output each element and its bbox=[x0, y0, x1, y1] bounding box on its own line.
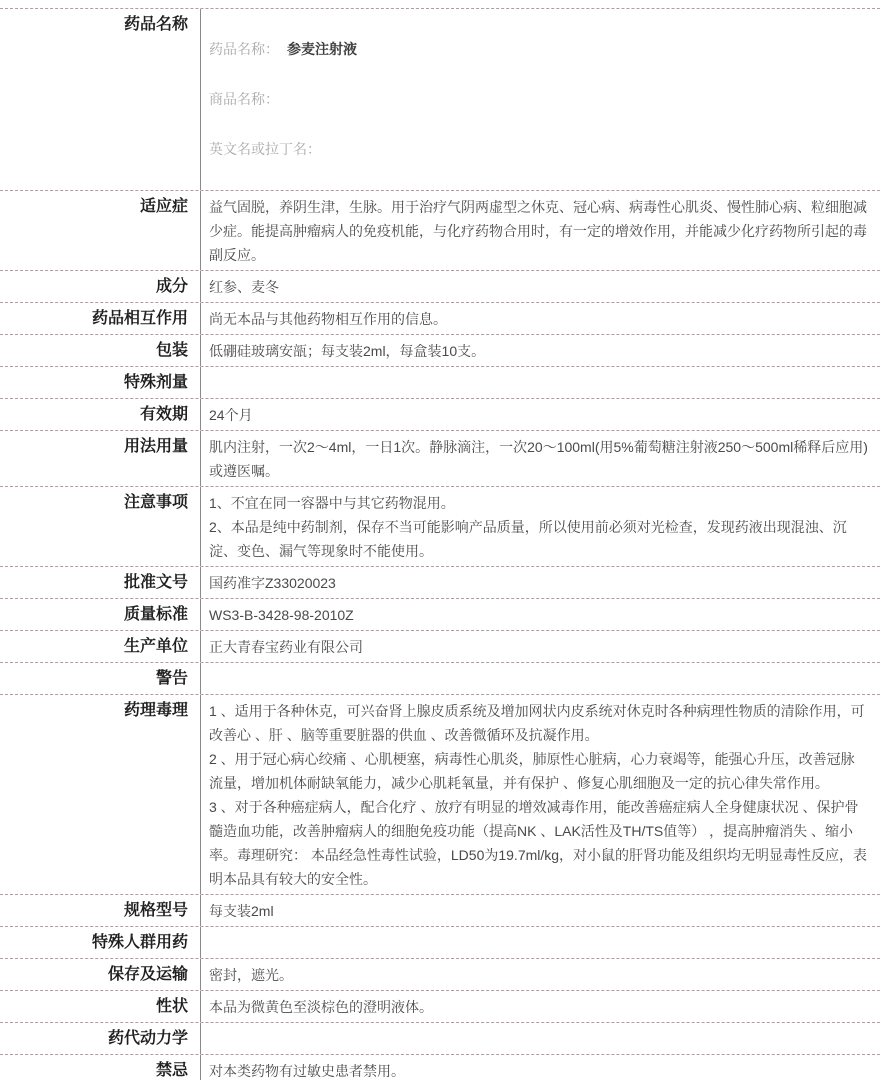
row-validity: 有效期 24个月 bbox=[0, 399, 880, 431]
row-warning: 警告 bbox=[0, 663, 880, 695]
row-label-warning: 警告 bbox=[0, 663, 200, 694]
row-label-pharmacology: 药理毒理 bbox=[0, 695, 200, 894]
row-label-special-dose: 特殊剂量 bbox=[0, 367, 200, 398]
row-label-validity: 有效期 bbox=[0, 399, 200, 430]
row-ingredients: 成分 红参、麦冬 bbox=[0, 271, 880, 303]
row-pharmacology: 药理毒理 1 、适用于各种休克，可兴奋肾上腺皮质系统及增加网状内皮系统对休克时各… bbox=[0, 695, 880, 895]
row-label-dosage: 用法用量 bbox=[0, 431, 200, 486]
row-label-pharmacokinetics: 药代动力学 bbox=[0, 1023, 200, 1054]
row-label-quality-standard: 质量标准 bbox=[0, 599, 200, 630]
row-value-pharmacokinetics bbox=[200, 1023, 880, 1054]
row-special-dose: 特殊剂量 bbox=[0, 367, 880, 399]
row-storage: 保存及运输 密封，遮光。 bbox=[0, 959, 880, 991]
drug-info-table: 药品名称 药品名称：参麦注射液 商品名称： 英文名或拉丁名： 适应症 益气固脱，… bbox=[0, 8, 880, 1080]
row-approval-no: 批准文号 国药准字Z33020023 bbox=[0, 567, 880, 599]
row-label-properties: 性状 bbox=[0, 991, 200, 1022]
row-quality-standard: 质量标准 WS3-B-3428-98-2010Z bbox=[0, 599, 880, 631]
english-name-field: 英文名或拉丁名： bbox=[209, 137, 868, 163]
row-label-contraindications: 禁忌 bbox=[0, 1055, 200, 1080]
row-label-manufacturer: 生产单位 bbox=[0, 631, 200, 662]
drug-name-value: 参麦注射液 bbox=[287, 43, 357, 58]
row-value-storage: 密封，遮光。 bbox=[200, 959, 880, 990]
row-drug-name: 药品名称 药品名称：参麦注射液 商品名称： 英文名或拉丁名： bbox=[0, 9, 880, 191]
drug-name-field: 药品名称：参麦注射液 bbox=[209, 37, 868, 63]
row-contraindications: 禁忌 对本类药物有过敏史患者禁用。 bbox=[0, 1055, 880, 1080]
row-value-spec-model: 每支装2ml bbox=[200, 895, 880, 926]
row-value-validity: 24个月 bbox=[200, 399, 880, 430]
row-manufacturer: 生产单位 正大青春宝药业有限公司 bbox=[0, 631, 880, 663]
row-value-warning bbox=[200, 663, 880, 694]
row-label-spec-model: 规格型号 bbox=[0, 895, 200, 926]
row-label-storage: 保存及运输 bbox=[0, 959, 200, 990]
row-precautions: 注意事项 1、不宜在同一容器中与其它药物混用。 2、本品是纯中药制剂，保存不当可… bbox=[0, 487, 880, 567]
row-value-ingredients: 红参、麦冬 bbox=[200, 271, 880, 302]
row-indications: 适应症 益气固脱，养阴生津，生脉。用于治疗气阴两虚型之休克、冠心病、病毒性心肌炎… bbox=[0, 191, 880, 271]
row-value-dosage: 肌内注射，一次2～4ml，一日1次。静脉滴注，一次20～100ml(用5%葡萄糖… bbox=[200, 431, 880, 486]
row-properties: 性状 本品为微黄色至淡棕色的澄明液体。 bbox=[0, 991, 880, 1023]
row-interactions: 药品相互作用 尚无本品与其他药物相互作用的信息。 bbox=[0, 303, 880, 335]
row-value-indications: 益气固脱，养阴生津，生脉。用于治疗气阴两虚型之休克、冠心病、病毒性心肌炎、慢性肺… bbox=[200, 191, 880, 270]
row-pharmacokinetics: 药代动力学 bbox=[0, 1023, 880, 1055]
row-label-indications: 适应症 bbox=[0, 191, 200, 270]
row-value-packaging: 低硼硅玻璃安瓿；每支装2ml，每盒装10支。 bbox=[200, 335, 880, 366]
row-label-ingredients: 成分 bbox=[0, 271, 200, 302]
row-label-precautions: 注意事项 bbox=[0, 487, 200, 566]
row-spec-model: 规格型号 每支装2ml bbox=[0, 895, 880, 927]
trade-name-field: 商品名称： bbox=[209, 87, 868, 113]
row-value-quality-standard: WS3-B-3428-98-2010Z bbox=[200, 599, 880, 630]
row-dosage: 用法用量 肌内注射，一次2～4ml，一日1次。静脉滴注，一次20～100ml(用… bbox=[0, 431, 880, 487]
row-value-drug-name: 药品名称：参麦注射液 商品名称： 英文名或拉丁名： bbox=[200, 9, 880, 190]
row-label-packaging: 包装 bbox=[0, 335, 200, 366]
row-label-special-population: 特殊人群用药 bbox=[0, 927, 200, 958]
row-value-approval-no: 国药准字Z33020023 bbox=[200, 567, 880, 598]
row-value-properties: 本品为微黄色至淡棕色的澄明液体。 bbox=[200, 991, 880, 1022]
trade-name-key: 商品名称： bbox=[209, 91, 279, 107]
row-label-drug-name: 药品名称 bbox=[0, 9, 200, 190]
row-value-manufacturer: 正大青春宝药业有限公司 bbox=[200, 631, 880, 662]
row-packaging: 包装 低硼硅玻璃安瓿；每支装2ml，每盒装10支。 bbox=[0, 335, 880, 367]
row-value-precautions: 1、不宜在同一容器中与其它药物混用。 2、本品是纯中药制剂，保存不当可能影响产品… bbox=[200, 487, 880, 566]
english-name-key: 英文名或拉丁名： bbox=[209, 141, 321, 157]
drug-name-key: 药品名称： bbox=[209, 41, 279, 57]
row-value-interactions: 尚无本品与其他药物相互作用的信息。 bbox=[200, 303, 880, 334]
row-label-interactions: 药品相互作用 bbox=[0, 303, 200, 334]
row-value-special-dose bbox=[200, 367, 880, 398]
row-value-pharmacology: 1 、适用于各种休克，可兴奋肾上腺皮质系统及增加网状内皮系统对休克时各种病理性物… bbox=[200, 695, 880, 894]
row-value-contraindications: 对本类药物有过敏史患者禁用。 bbox=[200, 1055, 880, 1080]
row-label-approval-no: 批准文号 bbox=[0, 567, 200, 598]
row-special-population: 特殊人群用药 bbox=[0, 927, 880, 959]
row-value-special-population bbox=[200, 927, 880, 958]
